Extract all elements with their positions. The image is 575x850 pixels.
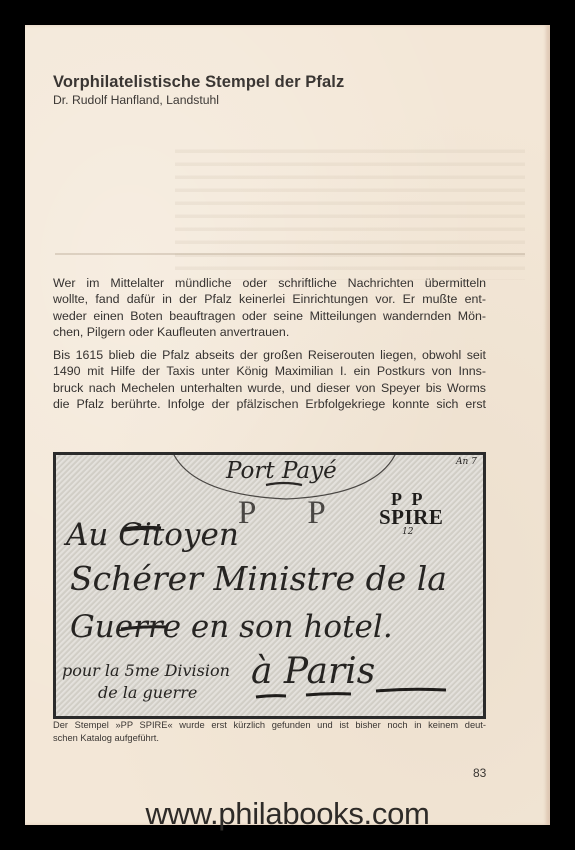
text-line: Bis 1615 blieb die Pfalz abseits der gro… [53, 347, 486, 363]
address-line-2: Schérer Ministre de la [70, 559, 447, 598]
paragraph-1: Wer im Mittelalter mündliche oder schrif… [53, 275, 486, 341]
bleed-through-rule [55, 253, 525, 255]
text-line: bruck nach Mechelen unterhalten wurde, u… [53, 380, 486, 396]
text-line: 1490 mit Hilfe der Taxis unter König Max… [53, 363, 486, 379]
text-line: Wer im Mittelalter mündliche oder schrif… [53, 275, 486, 291]
note-line-1: pour la 5me Division [62, 661, 230, 680]
bleed-through-texture [175, 140, 525, 280]
note-line-2: de la guerre [98, 683, 197, 702]
article-author: Dr. Rudolf Hanfland, Landstuhl [53, 93, 219, 107]
destination-paris: à Paris [251, 651, 375, 692]
corner-note: An 7 [456, 457, 477, 467]
figure-caption: Der Stempel »PP SPIRE« wurde erst kürzli… [53, 719, 486, 744]
text-line: wollte, fand dafür in der Pfalz keinerle… [53, 291, 486, 307]
watermark-url: www.philabooks.com [0, 796, 575, 832]
port-paye-handwriting: Port Payé [226, 458, 337, 484]
text-line: chen, Pilgern oder Kaufleuten anvertraue… [53, 324, 486, 340]
pp-spire-small-number: 12 [402, 527, 413, 537]
article-title: Vorphilatelistische Stempel der Pfalz [53, 73, 344, 92]
page-number: 83 [473, 766, 486, 780]
text-line: weder einen Boten beauftragen oder seine… [53, 308, 486, 324]
caption-line: Der Stempel »PP SPIRE« wurde erst kürzli… [53, 719, 486, 732]
address-line-1: Au Citoyen [66, 517, 239, 553]
caption-line: schen Katalog aufgeführt. [53, 732, 486, 745]
paragraph-2: Bis 1615 blieb die Pfalz abseits der gro… [53, 347, 486, 413]
address-line-3: Guerre en son hotel. [70, 609, 393, 645]
book-page: Vorphilatelistische Stempel der Pfalz Dr… [25, 25, 550, 825]
text-line: die Pfalz berührte. Infolge der pfälzisc… [53, 396, 486, 412]
letter-cover-photo: Port Payé P P P P SPIRE 12 An 7 Au Citoy… [53, 452, 486, 719]
pp-stamp-large: P P [238, 495, 348, 532]
